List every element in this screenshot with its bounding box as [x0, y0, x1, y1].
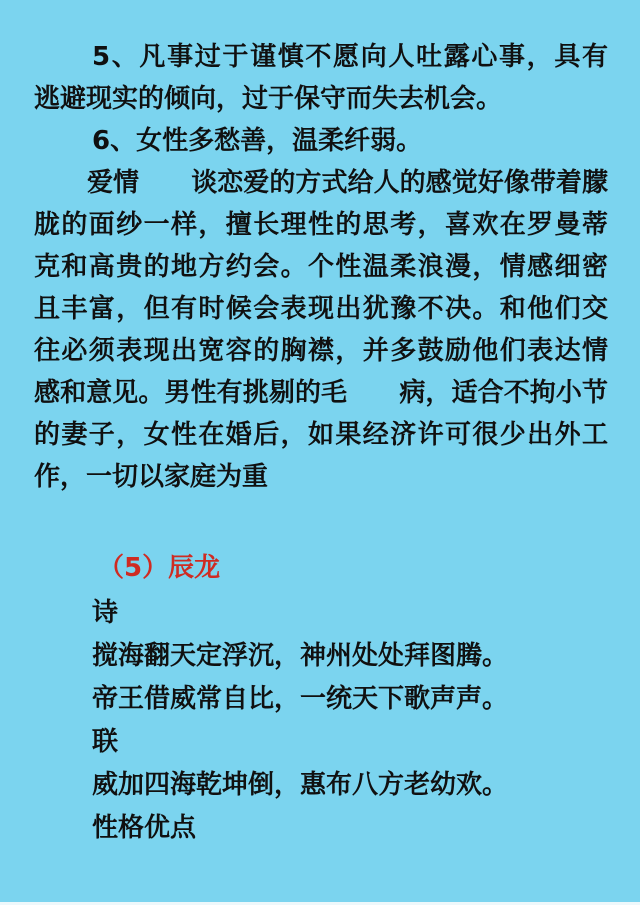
poem-label-line: 联: [92, 721, 608, 764]
poem-verse-line: 搅海翻天定浮沉，神州处处拜图腾。: [92, 635, 608, 678]
poem-section: 诗 搅海翻天定浮沉，神州处处拜图腾。 帝王借威常自比，一统天下歌声声。 联 威加…: [34, 592, 608, 850]
body-paragraph-line: 往必须表现出宽容的胸襟，并多鼓励他们表达情: [34, 330, 608, 372]
poem-label-line: 诗: [92, 592, 608, 635]
body-paragraph-line: 作，一切以家庭为重: [34, 456, 608, 498]
document-page: 5、凡事过于谨慎不愿向人吐露心事，具有 逃避现实的倾向，过于保守而失去机会。 6…: [0, 0, 640, 905]
body-paragraph-line: 的妻子，女性在婚后，如果经济许可很少出外工: [34, 414, 608, 456]
poem-verse-line: 帝王借威常自比，一统天下歌声声。: [92, 678, 608, 721]
document-content: 5、凡事过于谨慎不愿向人吐露心事，具有 逃避现实的倾向，过于保守而失去机会。 6…: [0, 0, 640, 850]
body-paragraph-line: 5、凡事过于谨慎不愿向人吐露心事，具有: [34, 36, 608, 78]
body-paragraph-line: 6、女性多愁善，温柔纤弱。: [34, 120, 608, 162]
poem-verse-line: 威加四海乾坤倒，惠布八方老幼欢。: [92, 764, 608, 807]
body-paragraph-line: 爱情 谈恋爱的方式给人的感觉好像带着朦: [34, 162, 608, 204]
body-paragraph-line: 感和意见。男性有挑剔的毛 病，适合不拘小节: [34, 372, 608, 414]
section-heading: （5）辰龙: [98, 548, 608, 588]
body-paragraph-line: 且丰富，但有时候会表现出犹豫不决。和他们交: [34, 288, 608, 330]
traits-label-line: 性格优点: [92, 807, 608, 850]
body-paragraph-line: 克和高贵的地方约会。个性温柔浪漫，情感细密: [34, 246, 608, 288]
body-paragraph-line: 逃避现实的倾向，过于保守而失去机会。: [34, 78, 608, 120]
body-paragraph-line: 胧的面纱一样，擅长理性的思考，喜欢在罗曼蒂: [34, 204, 608, 246]
